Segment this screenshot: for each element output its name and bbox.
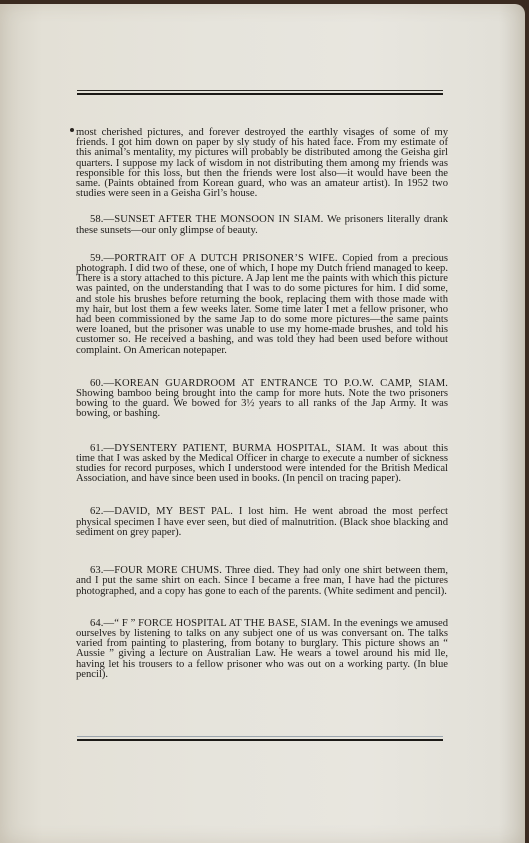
catalogue-entry-61: 61.—DYSENTERY PATIENT, BURMA HOSPITAL, S… xyxy=(76,444,448,485)
top-double-rule xyxy=(77,90,443,95)
catalogue-entry-60: 60.—KOREAN GUARDROOM AT ENTRANCE TO P.O.… xyxy=(76,379,448,420)
catalogue-entry-62: 62.—DAVID, MY BEST PAL. I lost him. He w… xyxy=(76,507,448,538)
entry-body: Copied from a precious photograph. I did… xyxy=(76,253,448,356)
catalogue-entry-59: 59.—PORTRAIT OF A DUTCH PRISONER’S WIFE.… xyxy=(76,254,448,356)
page-text-block: most cherished pictures, and forever des… xyxy=(76,128,448,680)
bottom-double-rule xyxy=(77,736,443,741)
margin-ink-mark xyxy=(70,128,74,132)
catalogue-entry-64: 64.—“ F ” FORCE HOSPITAL AT THE BASE, SI… xyxy=(76,619,448,680)
catalogue-entry-63: 63.—FOUR MORE CHUMS. Three died. They ha… xyxy=(76,566,448,597)
rule-thin-line xyxy=(77,736,443,737)
book-page: most cherished pictures, and forever des… xyxy=(0,4,525,843)
rule-thin-line xyxy=(77,90,443,91)
rule-thick-line xyxy=(77,739,443,741)
entry-body: In the evenings we amused ourselves by l… xyxy=(76,618,448,680)
catalogue-entry-58: 58.—SUNSET AFTER THE MONSOON IN SIAM. We… xyxy=(76,215,448,235)
continuation-paragraph: most cherished pictures, and forever des… xyxy=(76,128,448,199)
rule-thick-line xyxy=(77,93,443,95)
entry-body: Showing bamboo being brought into the ca… xyxy=(76,388,448,419)
